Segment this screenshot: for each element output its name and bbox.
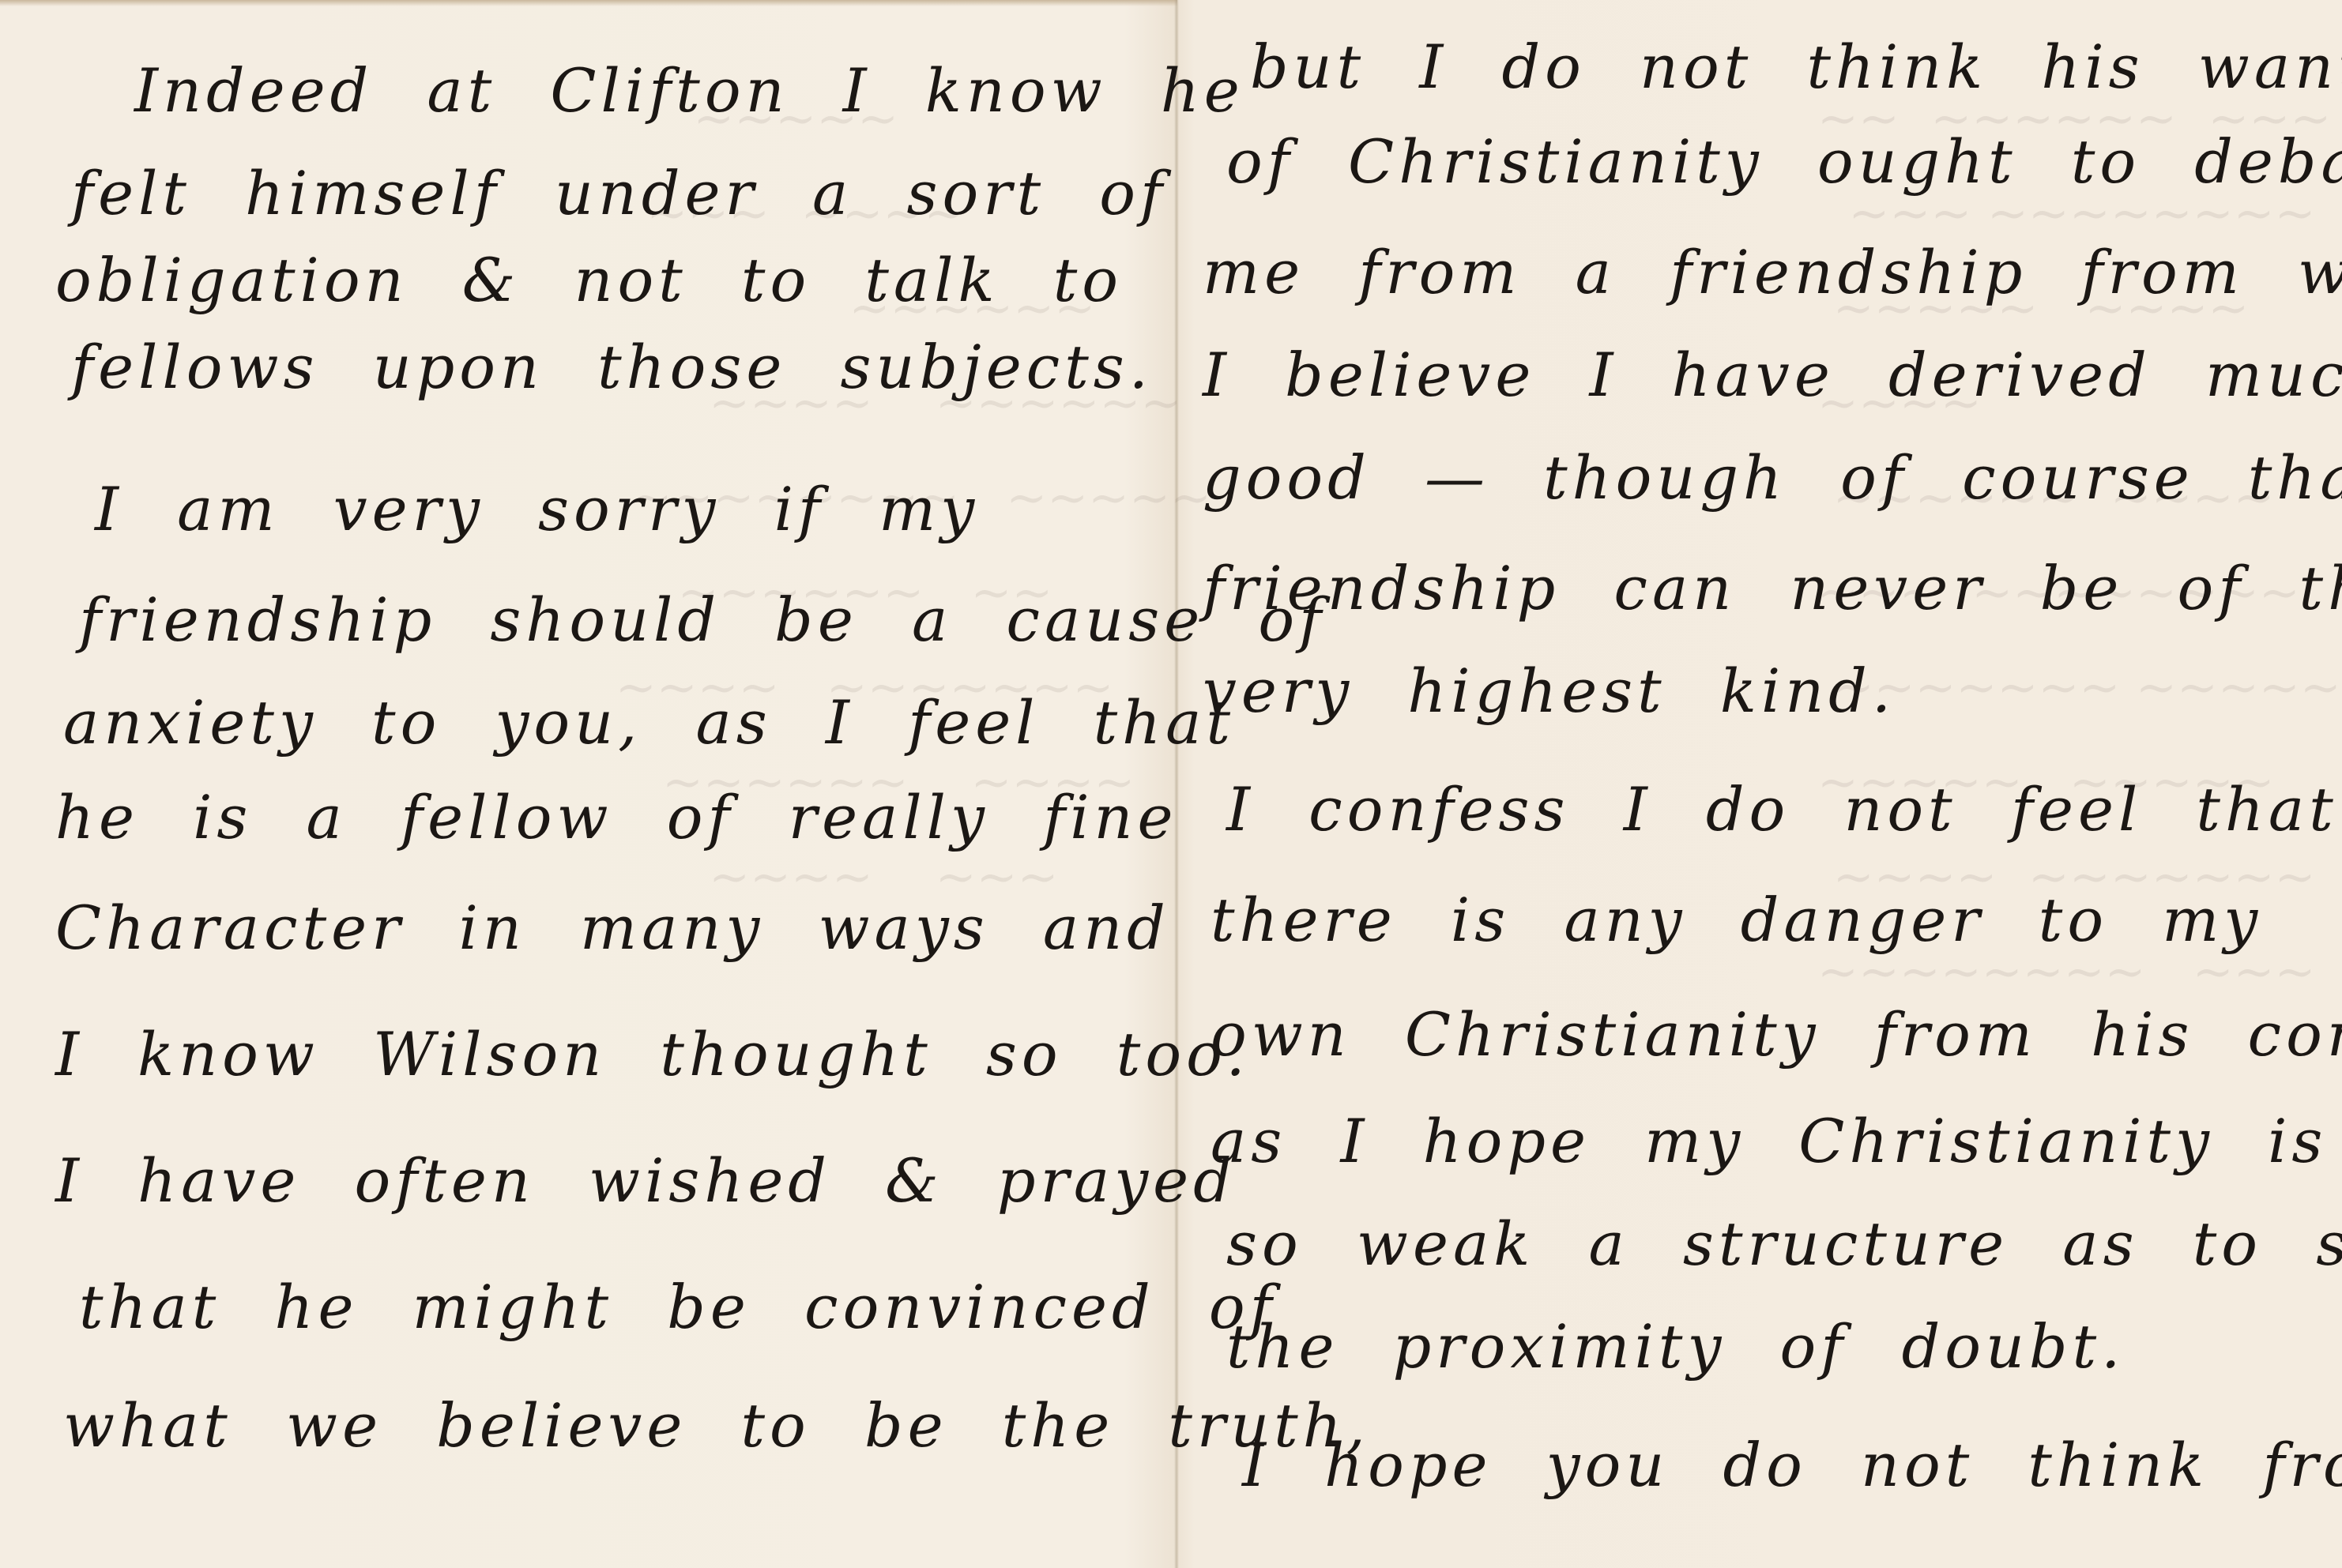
right-line-3: me from a friendship from which — [1203, 237, 2342, 307]
right-line-7: very highest kind. — [1203, 656, 1896, 726]
left-line-7: anxiety to you, as I feel that — [63, 687, 1235, 758]
left-line-1: Indeed at Clifton I know he — [134, 55, 1244, 126]
right-line-6: friendship can never be of the — [1203, 553, 2342, 623]
left-line-4: fellows upon those subjects. — [71, 332, 1153, 402]
left-page: Indeed at Clifton I know he felt himself… — [0, 0, 1176, 1568]
left-line-10: I know Wilson thought so too. — [55, 1019, 1250, 1089]
left-line-8: he is a fellow of really fine — [55, 782, 1177, 852]
left-line-12: that he might be convinced of — [79, 1272, 1277, 1342]
left-line-11: I have often wished & prayed — [55, 1145, 1237, 1216]
right-line-12: so weak a structure as to stand — [1226, 1209, 2342, 1279]
left-line-6: friendship should be a cause of — [79, 585, 1326, 655]
left-line-3: obligation & not to talk to — [55, 245, 1123, 315]
right-line-10: own Christianity from his companionship — [1211, 999, 2342, 1070]
right-line-11: as I hope my Christianity is not — [1211, 1106, 2342, 1176]
letter-spread: ~~~~~ ~~~ ~~~~ ~~~~~~ ~~~~ ~~~~~~ ~~~~~~… — [0, 0, 2342, 1568]
right-line-9: there is any danger to my — [1211, 885, 2262, 955]
left-line-13: what we believe to be the truth, — [63, 1390, 1370, 1461]
left-line-2: felt himself under a sort of — [71, 158, 1167, 228]
right-line-14: I hope you do not think from — [1242, 1430, 2342, 1500]
right-line-4: I believe I have derived much — [1203, 340, 2342, 410]
right-line-8: I confess I do not feel that — [1226, 774, 2338, 844]
left-line-5: I am very sorry if my — [95, 474, 979, 544]
right-page: but I do not think his want of Christian… — [1179, 0, 2342, 1568]
right-line-13: the proximity of doubt. — [1226, 1311, 2125, 1382]
right-line-2: of Christianity ought to debar — [1226, 126, 2342, 197]
right-line-1: but I do not think his want — [1250, 32, 2342, 102]
right-line-5: good — though of course that — [1203, 442, 2342, 513]
left-line-9: Character in many ways and — [55, 893, 1170, 963]
